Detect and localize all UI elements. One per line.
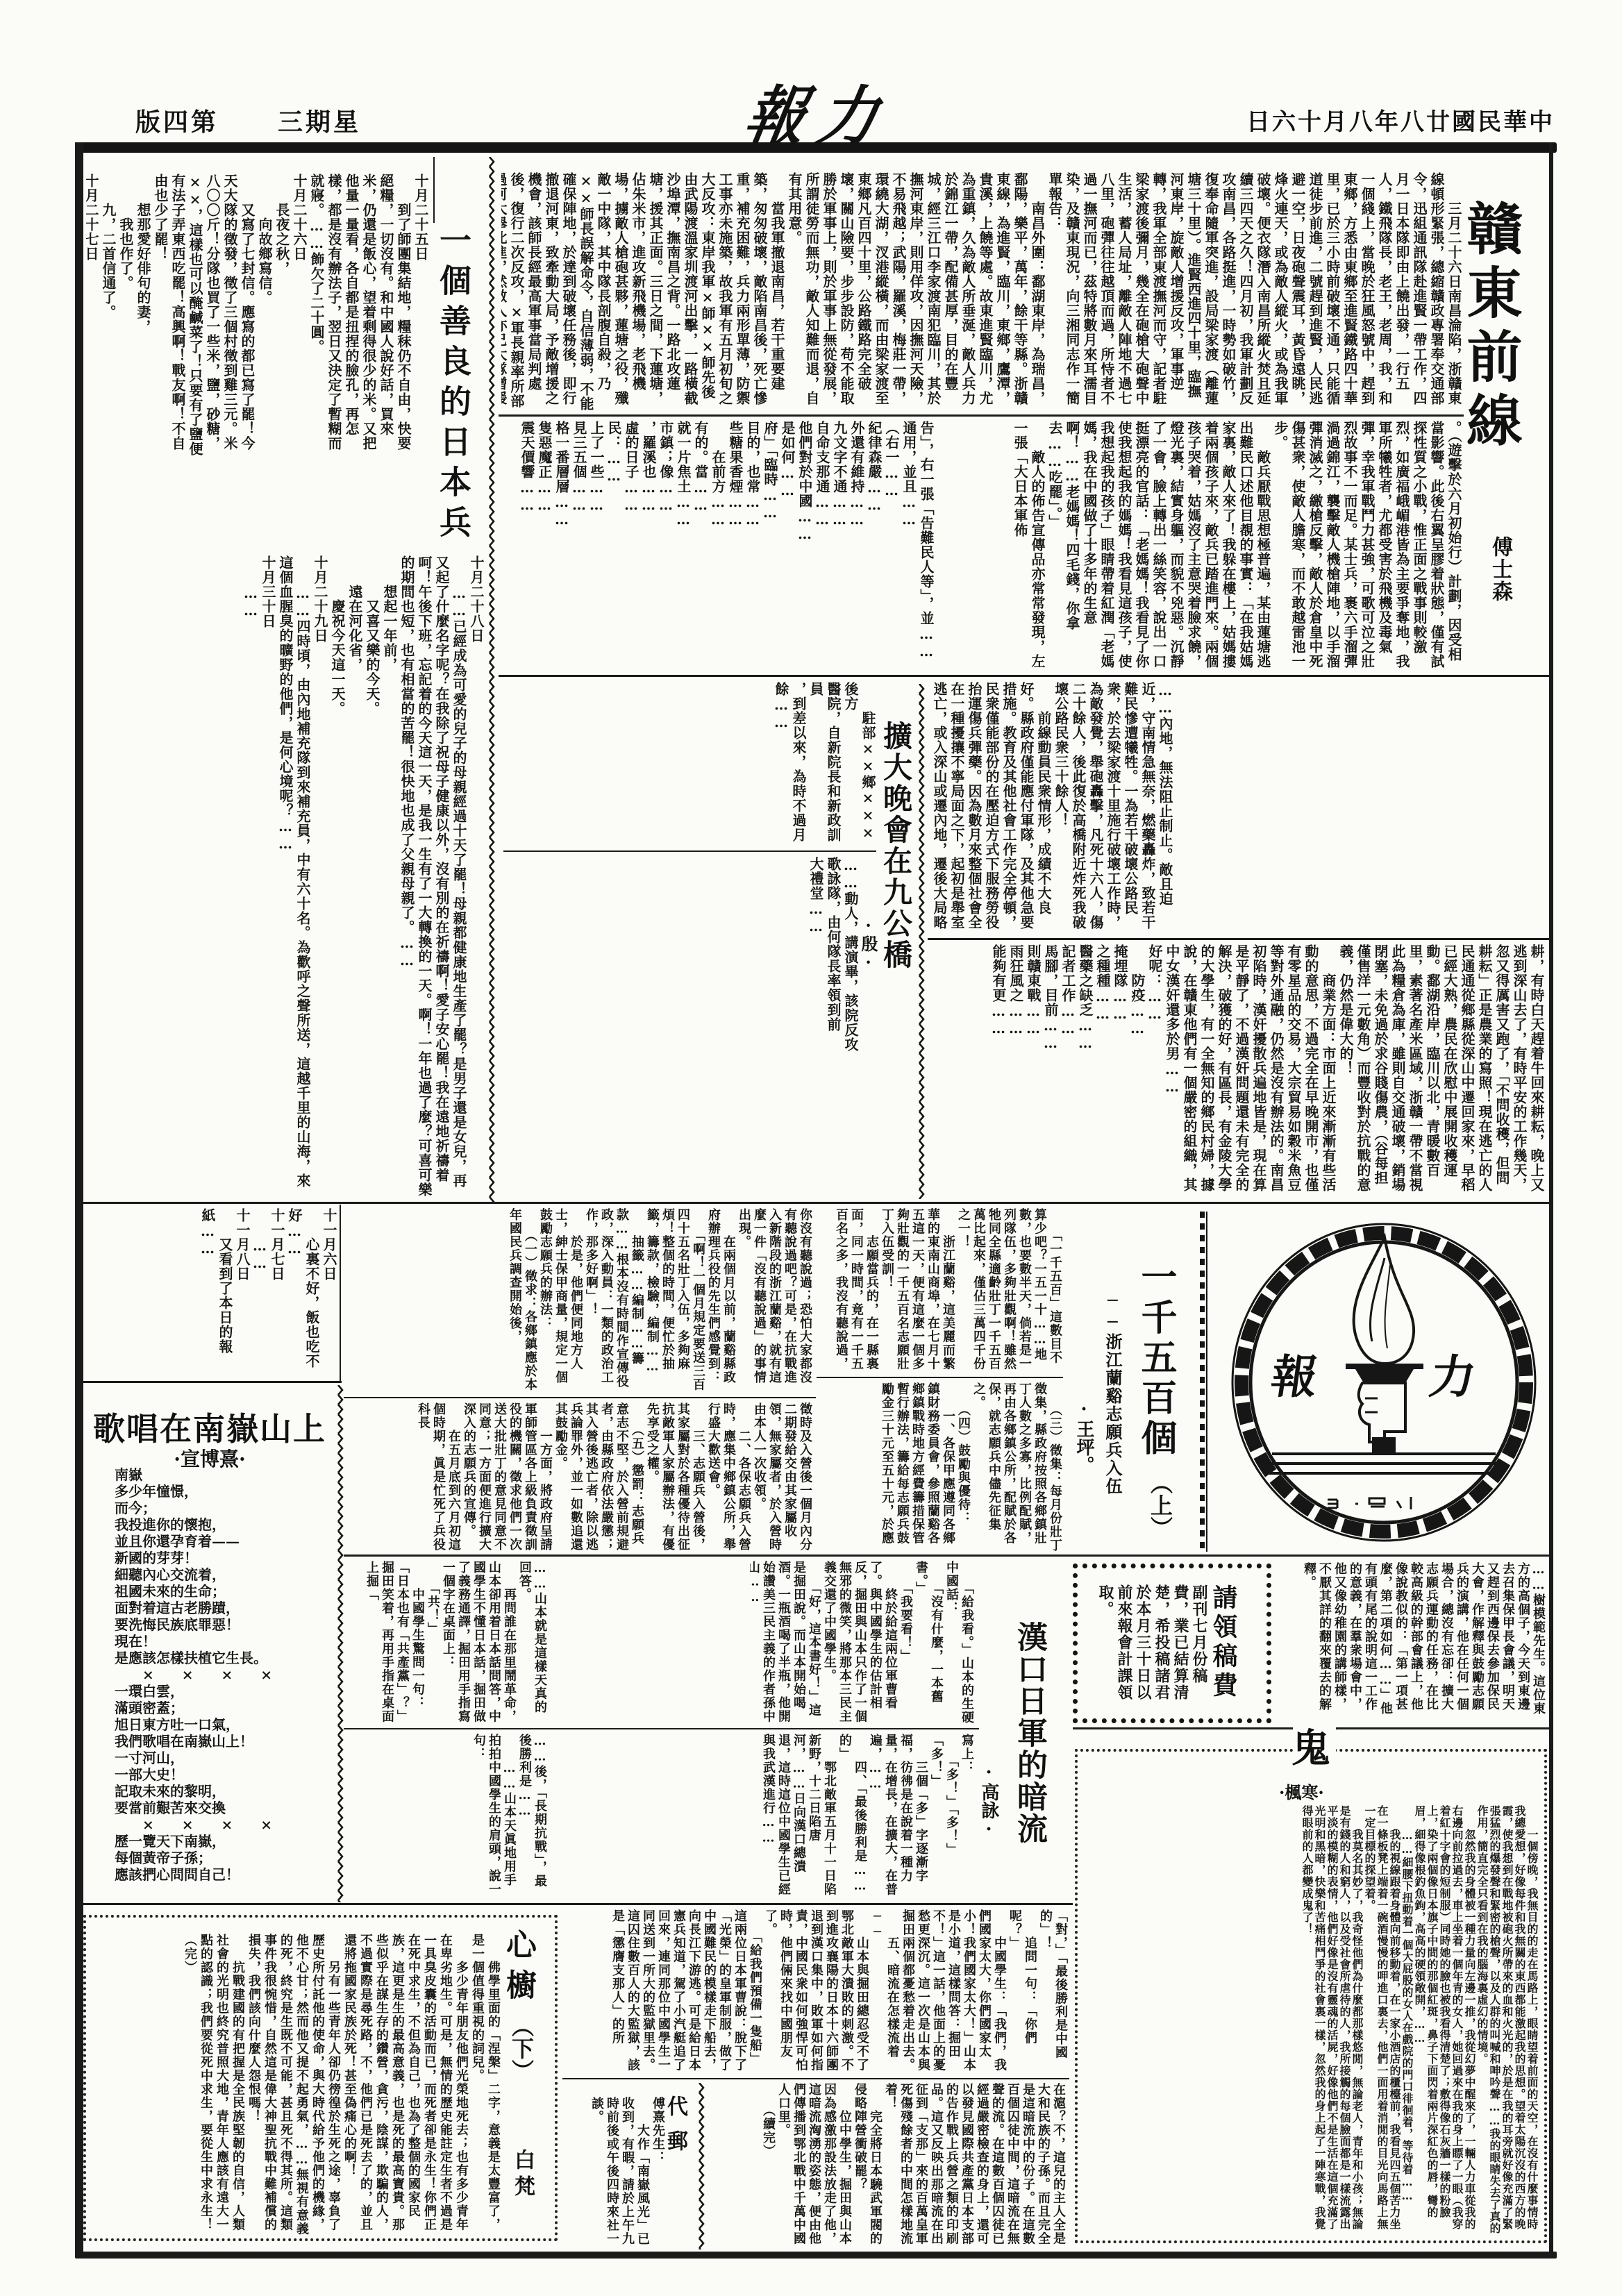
poem-line: 旭日東方吐一口氣， xyxy=(115,1716,333,1733)
hankou-tier-a-right: 「給我看。」山本的生硬中國話： 「沒有什麼，一本舊書。」 「我要看！」 終於給這… xyxy=(750,1561,974,1725)
hankou-tier-d: 在滬？不，這兒的主人全是大和民族的子孫。而且完全是這暗流中的份子。在這數百個囚徒… xyxy=(715,2083,1066,2249)
poem-line: 每個黃帝子孫； xyxy=(115,1850,333,1866)
ghost-body: 一個傍晚，我無目的的走在馬路上，眼睛望着前面的天空，在沒有什麼事情時我總愛想，好… xyxy=(1087,1805,1538,2234)
ghost-title: 鬼 xyxy=(1293,1727,1336,1773)
fee-notice-title: 請領稿費 xyxy=(1214,1584,1241,1702)
hankou-tier-b-right: 寫上： 「多！」「多！」「多！」 三個「多」字逐漸字福，彷彿是在說着一種力量，在… xyxy=(750,1734,974,1899)
right-border xyxy=(1549,142,1553,2256)
section-rule-bottom xyxy=(344,1555,1550,1557)
newspaper-page: 第四版 星期三 力報 中華民國廿八年八月十六日 十月二十五日 到了師團集結地，糧… xyxy=(0,0,1622,2296)
japanese-soldier-body-part-a: 十月二十五日 到了師團集結地，糧秣仍不自由，快要絕糧，一切沒有。和中國人說好話，… xyxy=(86,174,429,458)
issue-date: 中華民國廿八年八月十六日 xyxy=(1246,103,1555,137)
heart-title: 心櫥 xyxy=(507,1929,540,2012)
wavy-divider-left xyxy=(487,157,496,1202)
volunteers-continued-rule xyxy=(344,1397,816,1398)
poem-line: 滿頭密蓋； xyxy=(115,1700,333,1716)
evening-party-byline: ·殷· xyxy=(861,915,880,971)
emblem-char-left: 報 xyxy=(1267,1340,1322,1406)
poem-line: 歷一覽天下南嶽， xyxy=(115,1833,333,1850)
volunteers-continued-lower: 徵時及入營後一個月內分二期發給交由其家屬收領，無家屬者，於入營時由本人一次收領。… xyxy=(346,1402,812,1552)
hankou-rule-c xyxy=(562,2078,1069,2079)
poem-line: 我們歌唱在南嶽山上！ xyxy=(115,1733,333,1750)
gear-divider-teeth xyxy=(1200,1212,1205,1552)
poem-line: 一部大史！ xyxy=(115,1766,333,1783)
gandong-tier-3: ……內地，無法阻止制止。敵且迫近，守南情急無奈，燃藥轟炸，致若干難民慘遭犧牲。一… xyxy=(930,682,1173,935)
volunteers-upper: 「一千五百」這數目不算少吧？一五一十……地數，也要數半天，倘若是一列隊伍，多夠壯… xyxy=(819,1208,1062,1373)
poem-line: 一寸河山， xyxy=(115,1750,333,1766)
poem-lines: 南嶽 多少年憧憬， 而今； 我投進你的懷抱， 並且你還孕育着—— 新國的芽芽！ … xyxy=(115,1466,333,1883)
weekday-label: 星期三 xyxy=(278,103,361,138)
heart-body: 佛學里面的「涅槃」二字，意義是太豐富了，是一個值得重視的詞兒。 多少青年朋友他們… xyxy=(92,1934,501,2236)
volunteers-continued-upper: 你沒有聽說過；恐怕大家都沒有聽說過吧？可是，在抗戰進入新階段的浙江蘭谿，就有這麼… xyxy=(346,1208,812,1394)
wavy-divider-mail xyxy=(697,2083,705,2249)
poem-line: 記取未來的黎明， xyxy=(115,1783,333,1800)
gear-divider-line xyxy=(1206,1212,1207,1552)
evening-party-upper: 駐部××鄉×××後方 醫院，自新院長和新政訓員 ，到差以來，為時不過月餘…… xyxy=(503,682,876,847)
poem-line: 新國的芽芽！ xyxy=(115,1550,333,1566)
evening-party-title: 擴大晚會在九公橋 xyxy=(882,721,917,975)
gandong-tier-2b: 告」，右一張「告難民人等」，並…… 通用，並且…… （右一…… 紀律森嚴…… 外… xyxy=(501,421,935,672)
poem-line: 現在！ xyxy=(115,1633,333,1650)
hankou-tier-b-left: ……後，「長期抗戰」，最後勝利是…… ……山本天眞地用手拍拍中國學生的肩頭，說一… xyxy=(346,1734,547,1899)
ghost-byline: ·楓寒· xyxy=(1279,1779,1324,1803)
hankou-byline: ·高詠· xyxy=(983,1762,1002,1832)
poem-line: 並且你還孕育着—— xyxy=(115,1533,333,1550)
wavy-divider-evening-party xyxy=(917,684,926,1199)
hankou-title: 漢口日軍的暗流 xyxy=(1015,1621,1051,1850)
poem-line: 細聽內心交流着， xyxy=(115,1566,333,1583)
poem-line: 一環白雲， xyxy=(115,1683,333,1700)
volunteers-title: 一千五百個 xyxy=(1139,1258,1182,1459)
emblem-char-right: 力 xyxy=(1425,1340,1480,1406)
volunteers-subtitle: ──浙江蘭谿志願兵入伍 xyxy=(1104,1290,1125,1491)
gandong-tier-4: 耕，有時白天趕着牛回來耕耘，晚上又逃到深山去了，有時平安的工作幾天，忽又得厲害又… xyxy=(930,944,1545,1198)
evening-party-lower: ……動人，講演畢，該院反攻 歌詠隊，由何隊長率領到前 大禮堂…… xyxy=(503,857,859,1198)
gandong-tier-rule xyxy=(499,414,1464,417)
gandong-byline: 傅士森 xyxy=(1490,536,1515,605)
top-thick-rule xyxy=(75,142,1557,153)
gandong-tier3-rule xyxy=(928,938,1550,940)
gandong-title: 贛東前線 xyxy=(1466,200,1530,464)
wavy-divider-poem xyxy=(336,1385,344,1902)
evening-party-rule xyxy=(503,850,876,852)
poem-line: 應該捫心問問自己！ xyxy=(115,1866,333,1883)
volunteers-byline: ·王坪。 xyxy=(1076,1399,1097,1465)
poem-line: 要洗悔民族底罪惡！ xyxy=(115,1616,333,1633)
poem-line: 而今； xyxy=(115,1500,333,1516)
poem-line: 祖國未來的生命； xyxy=(115,1583,333,1600)
heart-byline: 白梵 xyxy=(512,2149,537,2204)
poem-title: 歌唱在南嶽山上 xyxy=(85,1404,335,1450)
mail-body: 傅熹先生： 大作「南嶽風光」已收到，有暇，請於上午九時前後或午後四時來社一談。 xyxy=(568,2097,665,2246)
page-number-label: 第四版 xyxy=(135,103,219,138)
mail-title: 代郵 xyxy=(668,2095,690,2172)
fee-notice-body: 副刊七月份稿費，業已結算清楚，希投稿諸君於本月三十日以前來報會計課領取。 xyxy=(1094,1584,1208,1709)
poem-line: 多少年憧憬， xyxy=(115,1483,333,1500)
japanese-soldier-title-rule xyxy=(433,157,435,223)
volunteers-lower: （三）徵集：每月份壯丁徵集，縣政府按照各鄉鎮壯丁人數之多寡，比例配賦，再由各鄉鎮… xyxy=(819,1382,1062,1552)
japanese-soldier-body-part-c: 十一月六日 心裏不好，飯也吃不好…… 十一月七日 …… 十一月八日 又看到了本日… xyxy=(86,1208,337,1378)
section-rule-middle xyxy=(499,675,1550,677)
japanese-soldier-body-part-b: 十月二十八日 ……已經成為可愛的兒子的母親經過十天了罷！母親都健康地生產了罷？是… xyxy=(86,555,485,1198)
volunteers-continued-right: ……樹模範先生。這位東方的高個子，今天到東邊去召集保甲長會議，明天又趕到西邊保去… xyxy=(1278,1562,1546,1723)
japanese-soldier-title: 一個善良的日本兵 xyxy=(436,224,476,550)
poem-line: 要當前艱苦來交換 xyxy=(115,1800,333,1816)
column-divider xyxy=(340,1205,341,1382)
poem-line: 我投進你的懷抱， xyxy=(115,1516,333,1533)
poem-line: 南嶽 xyxy=(115,1466,333,1483)
bottom-border xyxy=(75,2252,1557,2259)
hankou-rule-a xyxy=(344,1728,979,1729)
volunteers-part-label: （上） xyxy=(1146,1472,1176,1538)
hankou-rule-b xyxy=(78,1903,1073,1905)
poem-stanza-separator: × × × × xyxy=(115,1666,333,1683)
poem-top-rule xyxy=(78,1381,342,1383)
poem-line: 是應該怎樣扶植它生長。 xyxy=(115,1650,333,1666)
left-border xyxy=(75,142,83,2256)
poem-line: 面對着這古老勝蹟， xyxy=(115,1600,333,1616)
hankou-tier-a-left: ……山本就是這樣天真的回答。 再問誰在那里鬧革命，山本卻用着日本話問答，中國學生… xyxy=(346,1561,547,1725)
volunteers-rule xyxy=(817,1377,1063,1378)
poem-stanza-separator: × × × × xyxy=(115,1816,333,1833)
heart-part-label: （下） xyxy=(510,2015,537,2084)
gandong-tier-2a: 。（遊擊於六月初始行）計劃，因受相當影響。此後右翼呈膠着狀態，僅有試探性質之小戰… xyxy=(937,421,1462,672)
section-rule-lower xyxy=(78,1202,1550,1204)
hankou-tier-c: 「對，」「最後勝利是中國的」！ 追問一句：「你們呢？」 中國學生：「我們，我們國… xyxy=(564,1909,1068,2075)
gandong-tier-1: 三月二十六日南昌淪陷，浙贛東線頓形緊張，總縮贛政專署奉交通部令，迅組通訊隊赴進賢… xyxy=(501,172,1462,412)
